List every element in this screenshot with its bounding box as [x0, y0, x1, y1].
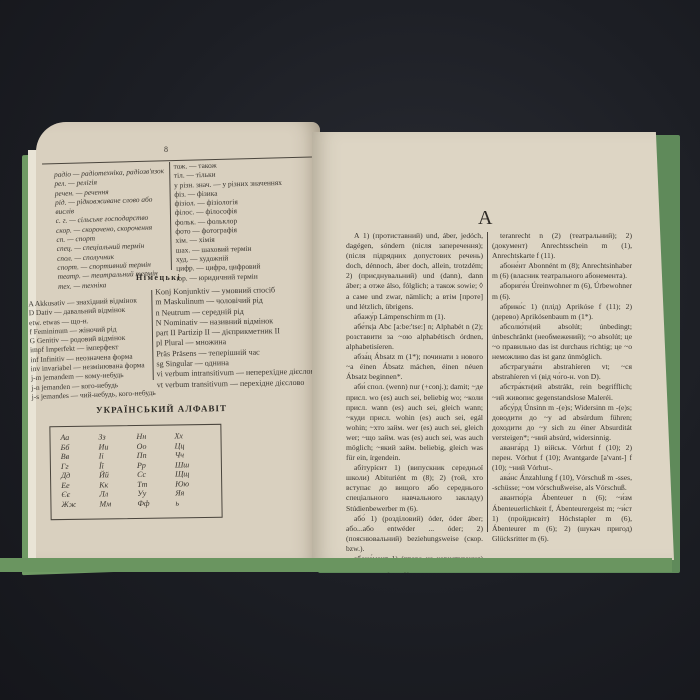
letter: Чч: [175, 450, 213, 460]
dictionary-entry: авантю́р|а Ábenteuer n (6); ~и́зм Ábente…: [492, 493, 632, 543]
dictionary-column-2: teranrecht n (2) (театральний); 2) (доку…: [492, 231, 632, 544]
dictionary-entry: абстрагува́ти abstrahíeren vt; ~ся abstr…: [492, 362, 632, 382]
dictionary-entry: абориге́н Úreinwohner m (6), Úrbewohner …: [492, 281, 632, 301]
alphabet-box: АаЗзНнХх БбИиОоЦц ВвІіПпЧч ГгЇїРрШш ДдЙй…: [49, 424, 222, 520]
letter: Цц: [175, 440, 213, 450]
ukrainian-abbrev-col2: тож. — також тіл. — тільки у різн. знач.…: [173, 158, 311, 282]
alphabet-title: УКРАЇНСЬКИЙ АЛФАВІТ: [96, 403, 227, 415]
german-abbrev-col1: A Akkusativ — знахідний відмінок D Dativ…: [28, 295, 159, 402]
letter: Щщ: [175, 469, 213, 479]
letter: Іі: [99, 451, 137, 461]
letter: Вв: [61, 452, 99, 462]
german-abbrev-col2: Konj Konjunktiv — умовний спосіб m Masku…: [155, 285, 319, 391]
german-abbrev-heading: Німецькі: [136, 273, 181, 282]
letter: Сс: [137, 469, 175, 479]
dictionary-entry: абе́тк|а Abc [a:be:'tse:] n; Alphabét n …: [346, 322, 483, 352]
dictionary-entry: аби́ спол. (wenn) nur (+conj.); damit; ~…: [346, 382, 483, 463]
dictionary-column-1: А 1) (протиставний) und, áber, jedóch, d…: [346, 231, 483, 574]
book-bottom-edge: [0, 558, 672, 572]
letter: Зз: [98, 432, 136, 442]
letter: Рр: [137, 460, 175, 470]
dictionary-entry: абстра́ктн|ий abstrákt, rein begrifflich…: [492, 382, 632, 402]
letter: Уу: [137, 488, 175, 498]
letter: Мм: [99, 498, 137, 508]
dictionary-entry: абоне́нт Abonnént m (8); Anrechtsinhaber…: [492, 261, 632, 281]
letter: Єє: [61, 490, 99, 500]
letter: Яя: [175, 488, 213, 498]
letter: Фф: [137, 498, 175, 508]
letter: Тт: [137, 479, 175, 489]
letter: Ии: [99, 441, 137, 451]
letter: Дд: [61, 471, 99, 481]
dictionary-entry: абсолю́тн|ий absolút; únbedingt; únbesch…: [492, 322, 632, 362]
dictionary-entry: або́ 1) (розділовий) óder, óder áber; аб…: [346, 514, 483, 554]
section-letter: A: [478, 207, 492, 230]
letter: Бб: [61, 442, 99, 452]
letter: Кк: [99, 479, 137, 489]
letter: Аа: [60, 433, 98, 443]
dictionary-entry: абсу́рд Únsinn m -(e)s; Widersinn m -(e)…: [492, 403, 632, 443]
alphabet-grid: АаЗзНнХх БбИиОоЦц ВвІіПпЧч ГгЇїРрШш ДдЙй…: [60, 431, 213, 509]
column-divider: [487, 232, 488, 532]
letter: Пп: [137, 450, 175, 460]
dictionary-entry: аванга́рд 1) військ. Vórhut f (10); 2) п…: [492, 443, 632, 473]
page-number: 8: [164, 145, 168, 154]
dictionary-entry: абажу́р Lámpenschirm m (1).: [346, 312, 483, 322]
dictionary-entry: teranrecht n (2) (театральний); 2) (доку…: [492, 231, 632, 261]
letter: Йй: [99, 470, 137, 480]
letter: Ее: [61, 480, 99, 490]
letter: Шш: [175, 459, 213, 469]
letter: Лл: [99, 489, 137, 499]
letter: Нн: [136, 431, 174, 441]
letter: Її: [99, 460, 137, 470]
letter: Гг: [61, 461, 99, 471]
letter: Юю: [175, 478, 213, 488]
dictionary-entry: абітурíєнт 1) (випускник середньої школи…: [346, 463, 483, 513]
letter: Оо: [137, 441, 175, 451]
dictionary-entry: абрико́с 1) (плід) Aprikóse f (11); 2) (…: [492, 302, 632, 322]
dictionary-entry: ава́нс Ánzahlung f (10), Vórschuß m -sse…: [492, 473, 632, 493]
letter: Жж: [61, 499, 99, 509]
letter: Хх: [174, 431, 212, 441]
letter: ь: [175, 497, 213, 507]
dictionary-entry: абза́ц Ábsatz m (1*); починати з нового …: [346, 352, 483, 382]
dictionary-entry: А 1) (протиставний) und, áber, jedóch, d…: [346, 231, 483, 312]
